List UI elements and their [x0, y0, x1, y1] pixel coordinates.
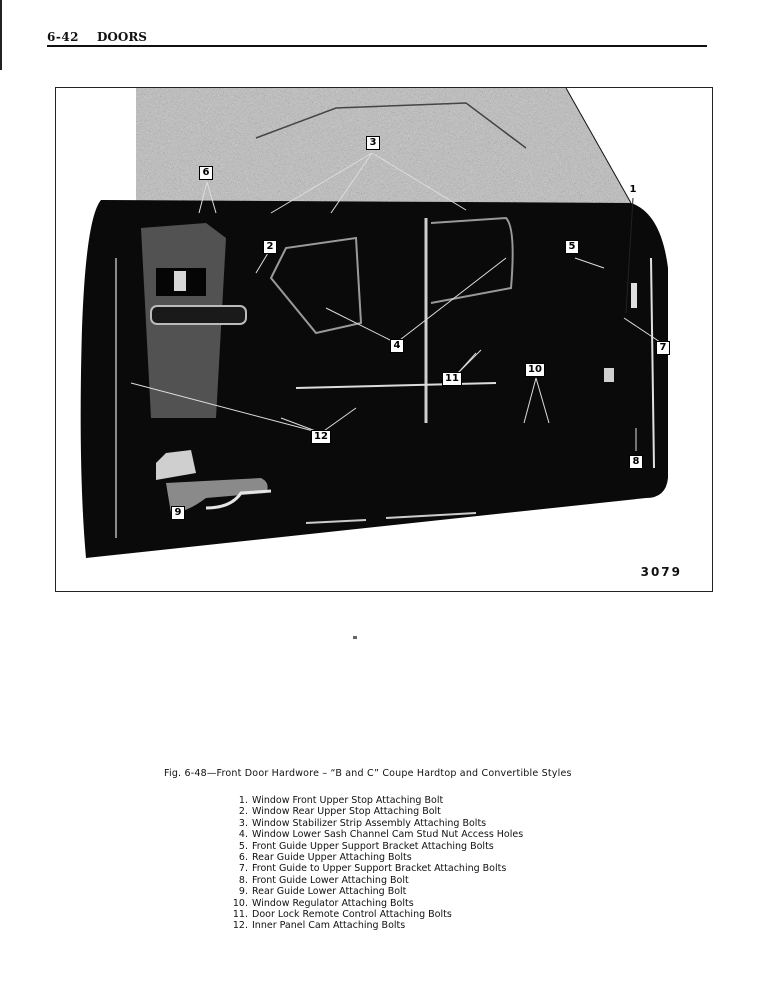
legend-item: 4.Window Lower Sash Channel Cam Stud Nut…: [228, 829, 523, 840]
legend-item-number: 12.: [228, 920, 248, 931]
callout-4: 4: [390, 339, 404, 353]
legend-item: 2.Window Rear Upper Stop Attaching Bolt: [228, 806, 523, 817]
legend-item: 8.Front Guide Lower Attaching Bolt: [228, 875, 523, 886]
legend-item: 6.Rear Guide Upper Attaching Bolts: [228, 852, 523, 863]
legend-item-text: Front Guide Upper Support Bracket Attach…: [252, 841, 494, 852]
legend-item-text: Window Stabilizer Strip Assembly Attachi…: [252, 818, 486, 829]
legend-item-text: Door Lock Remote Control Attaching Bolts: [252, 909, 452, 920]
legend-item-number: 5.: [228, 841, 248, 852]
callout-8: 8: [629, 455, 643, 469]
legend-item: 5.Front Guide Upper Support Bracket Atta…: [228, 841, 523, 852]
legend-item-number: 9.: [228, 886, 248, 897]
parts-legend: 1.Window Front Upper Stop Attaching Bolt…: [228, 795, 523, 932]
legend-item-text: Front Guide Lower Attaching Bolt: [252, 875, 409, 886]
legend-item: 10.Window Regulator Attaching Bolts: [228, 898, 523, 909]
legend-item-text: Front Guide to Upper Support Bracket Att…: [252, 863, 506, 874]
legend-item: 1.Window Front Upper Stop Attaching Bolt: [228, 795, 523, 806]
legend-item-number: 4.: [228, 829, 248, 840]
callout-5: 5: [565, 240, 579, 254]
section-title: DOORS: [97, 30, 147, 44]
legend-item-number: 3.: [228, 818, 248, 829]
legend-item-number: 11.: [228, 909, 248, 920]
legend-item: 3.Window Stabilizer Strip Assembly Attac…: [228, 818, 523, 829]
legend-item-number: 2.: [228, 806, 248, 817]
legend-item-text: Rear Guide Upper Attaching Bolts: [252, 852, 412, 863]
header-rule: [47, 45, 707, 47]
legend-item-text: Window Regulator Attaching Bolts: [252, 898, 414, 909]
scan-speck: [353, 636, 357, 639]
callout-11: 11: [442, 372, 462, 386]
callout-12: 12: [311, 430, 331, 444]
legend-item-number: 10.: [228, 898, 248, 909]
callout-2: 2: [263, 240, 277, 254]
legend-item-text: Window Front Upper Stop Attaching Bolt: [252, 795, 443, 806]
legend-item-number: 6.: [228, 852, 248, 863]
legend-item: 12.Inner Panel Cam Attaching Bolts: [228, 920, 523, 931]
callout-9: 9: [171, 506, 185, 520]
figure-number: 3079: [641, 565, 682, 579]
legend-item-text: Inner Panel Cam Attaching Bolts: [252, 920, 405, 931]
legend-item-number: 1.: [228, 795, 248, 806]
legend-item: 11.Door Lock Remote Control Attaching Bo…: [228, 909, 523, 920]
callout-1: 1: [627, 184, 639, 196]
callout-6: 6: [199, 166, 213, 180]
legend-item-text: Window Lower Sash Channel Cam Stud Nut A…: [252, 829, 523, 840]
door-photo: [56, 88, 712, 591]
legend-item-number: 7.: [228, 863, 248, 874]
callout-10: 10: [525, 363, 545, 377]
figure-frame: 3 6 1 2 5 4 7 11 10 12 8 9 3079: [55, 87, 713, 592]
page-number: 6-42: [47, 30, 79, 44]
legend-item-text: Window Rear Upper Stop Attaching Bolt: [252, 806, 441, 817]
callout-3: 3: [366, 136, 380, 150]
legend-item: 9.Rear Guide Lower Attaching Bolt: [228, 886, 523, 897]
scan-edge-mark: [0, 0, 2, 70]
figure-caption: Fig. 6-48—Front Door Hardwore – “B and C…: [164, 768, 572, 779]
legend-item-text: Rear Guide Lower Attaching Bolt: [252, 886, 406, 897]
callout-7: 7: [656, 341, 670, 355]
legend-item: 7.Front Guide to Upper Support Bracket A…: [228, 863, 523, 874]
legend-item-number: 8.: [228, 875, 248, 886]
